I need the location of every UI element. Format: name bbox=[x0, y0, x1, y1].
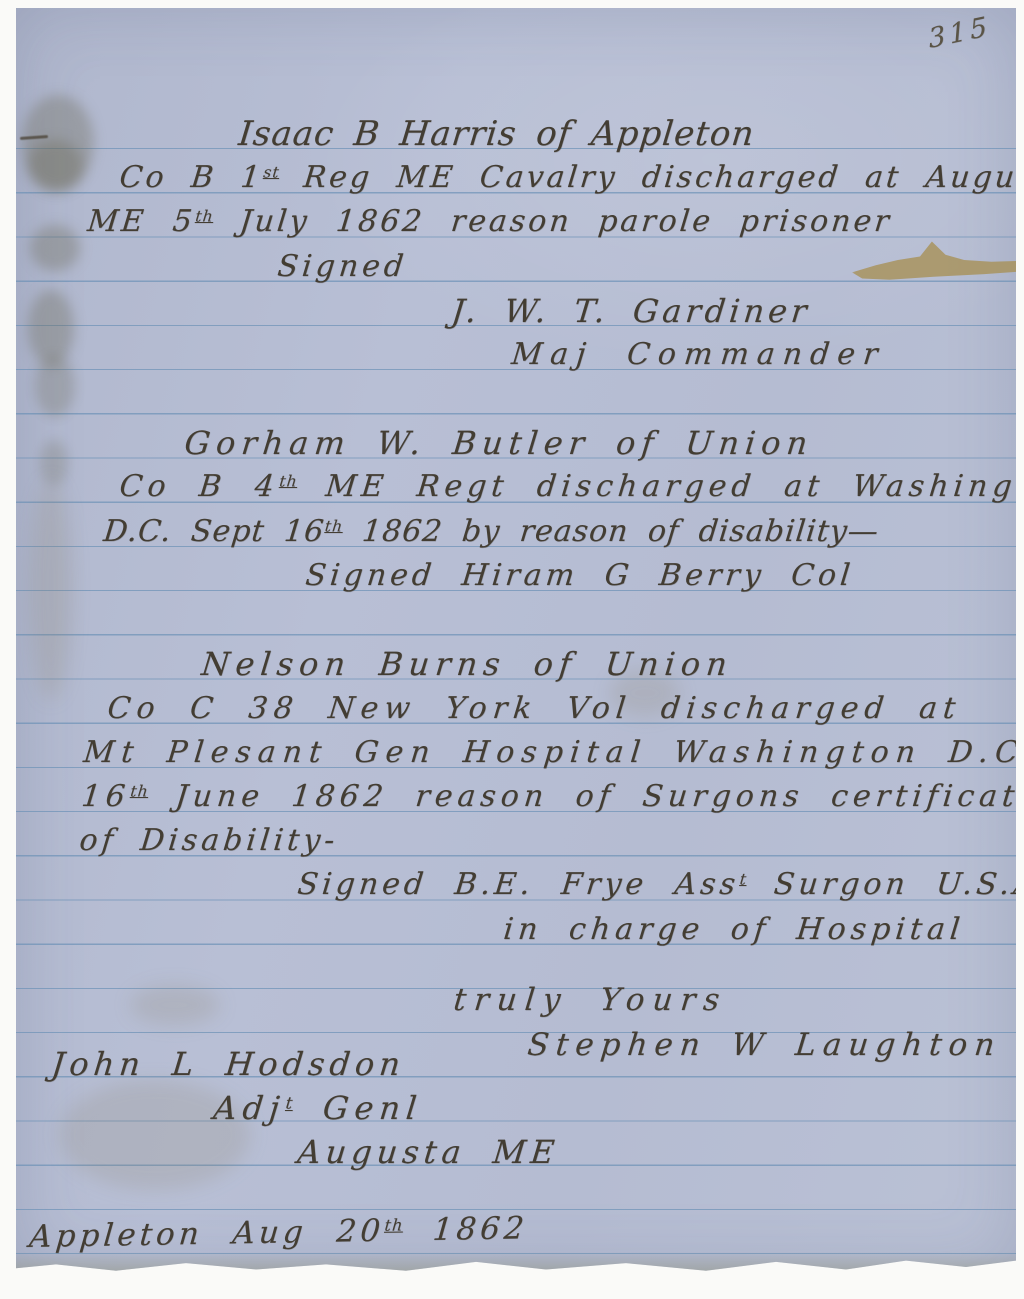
entry3-sig-pre: Signed B.E. Frye Ass bbox=[296, 867, 741, 902]
superscript: th bbox=[278, 472, 298, 490]
addressee-name: John L Hodsdon bbox=[50, 1048, 407, 1080]
entry1-line1-pre: Co B 1 bbox=[118, 160, 265, 195]
entry2-line2-pre: D.C. Sept 16 bbox=[102, 514, 326, 549]
stain-brown-smear bbox=[852, 238, 1022, 282]
entry3-sig-post: Surgon U.S.A. bbox=[745, 867, 1024, 902]
addressee-title: Adjt Genl bbox=[212, 1092, 424, 1124]
entry2-heading: Gorham W. Butler of Union bbox=[183, 427, 815, 459]
entry3-line3-post: June 1862 reason of Surgons certificate bbox=[146, 779, 1024, 814]
entry1-line1: Co B 1st Reg ME Cavalry discharged at Au… bbox=[118, 163, 1024, 193]
margin-pen-dash bbox=[20, 135, 48, 140]
entry3-line3-pre: 16 bbox=[80, 779, 132, 814]
ruled-lines bbox=[16, 105, 1016, 1264]
superscript: th bbox=[194, 207, 214, 225]
stain-left-edge-2 bbox=[28, 140, 83, 192]
entry3-line2: Mt Plesant Gen Hospital Washington D.C bbox=[82, 738, 1024, 768]
page-number: 315 bbox=[927, 13, 992, 53]
addressee-location: Augusta ME bbox=[296, 1136, 561, 1168]
stain-left-edge-5 bbox=[35, 355, 75, 417]
dateline-pre: Appleton Aug 20 bbox=[28, 1213, 386, 1255]
stain-left-edge-7 bbox=[30, 480, 72, 700]
entry3-line3: 16th June 1862 reason of Surgons certifi… bbox=[80, 782, 1024, 812]
entry3-line4: of Disability- bbox=[78, 826, 340, 856]
superscript: st bbox=[262, 163, 280, 181]
dateline: Appleton Aug 20th 1862 bbox=[28, 1213, 529, 1253]
superscript: th bbox=[384, 1215, 405, 1234]
paper-torn-bottom-edge bbox=[16, 1252, 1016, 1272]
entry2-line1: Co B 4th ME Regt discharged at Washingto… bbox=[118, 472, 1024, 502]
entry2-line1-post: ME Regt discharged at Washington bbox=[295, 469, 1024, 504]
entry1-line2-post: July 1862 reason parole prisoner bbox=[211, 204, 893, 239]
entry3-signature-line: Signed B.E. Frye Asst Surgon U.S.A. bbox=[296, 870, 1024, 900]
dateline-post: 1862 bbox=[401, 1210, 529, 1248]
scan-background: 315 Isaac B Harris of Appleton Co B 1st … bbox=[0, 0, 1024, 1299]
entry2-line1-pre: Co B 4 bbox=[118, 469, 281, 504]
closing-valediction: truly Yours bbox=[452, 985, 729, 1016]
entry3-heading: Nelson Burns of Union bbox=[200, 648, 735, 680]
superscript: th bbox=[324, 517, 344, 535]
stain-left-edge-6 bbox=[40, 440, 68, 486]
entry1-signature: J. W. T. Gardiner bbox=[450, 295, 812, 327]
entry2-line2-post: 1862 by reason of disability— bbox=[341, 514, 881, 549]
stain-left-lower bbox=[130, 985, 220, 1025]
entry2-line2: D.C. Sept 16th 1862 by reason of disabil… bbox=[102, 517, 880, 547]
stain-left-edge-1 bbox=[22, 95, 94, 190]
entry1-line2: ME 5th July 1862 reason parole prisoner bbox=[86, 207, 893, 237]
entry1-signed-label: Signed bbox=[276, 252, 409, 282]
entry1-line2-pre: ME 5 bbox=[86, 204, 197, 239]
entry1-line1-post: Reg ME Cavalry discharged at Augusta bbox=[277, 160, 1024, 195]
entry1-signature-title: Maj Commander bbox=[510, 340, 887, 370]
entry3-signature-line2: in charge of Hospital bbox=[502, 915, 966, 945]
entry1-heading: Isaac B Harris of Appleton bbox=[237, 117, 756, 151]
entry2-signature-line: Signed Hiram G Berry Col bbox=[304, 561, 855, 591]
stain-left-edge-3 bbox=[30, 225, 80, 271]
addressee-title-pre: Adj bbox=[212, 1089, 288, 1127]
entry3-line1: Co C 38 New York Vol discharged at bbox=[106, 694, 963, 724]
paper-page: 315 Isaac B Harris of Appleton Co B 1st … bbox=[16, 8, 1016, 1272]
addressee-title-post: Genl bbox=[291, 1089, 425, 1127]
stain-left-edge-4 bbox=[28, 290, 74, 366]
closing-signature: Stephen W Laughton bbox=[526, 1030, 1003, 1061]
superscript: th bbox=[129, 782, 149, 800]
